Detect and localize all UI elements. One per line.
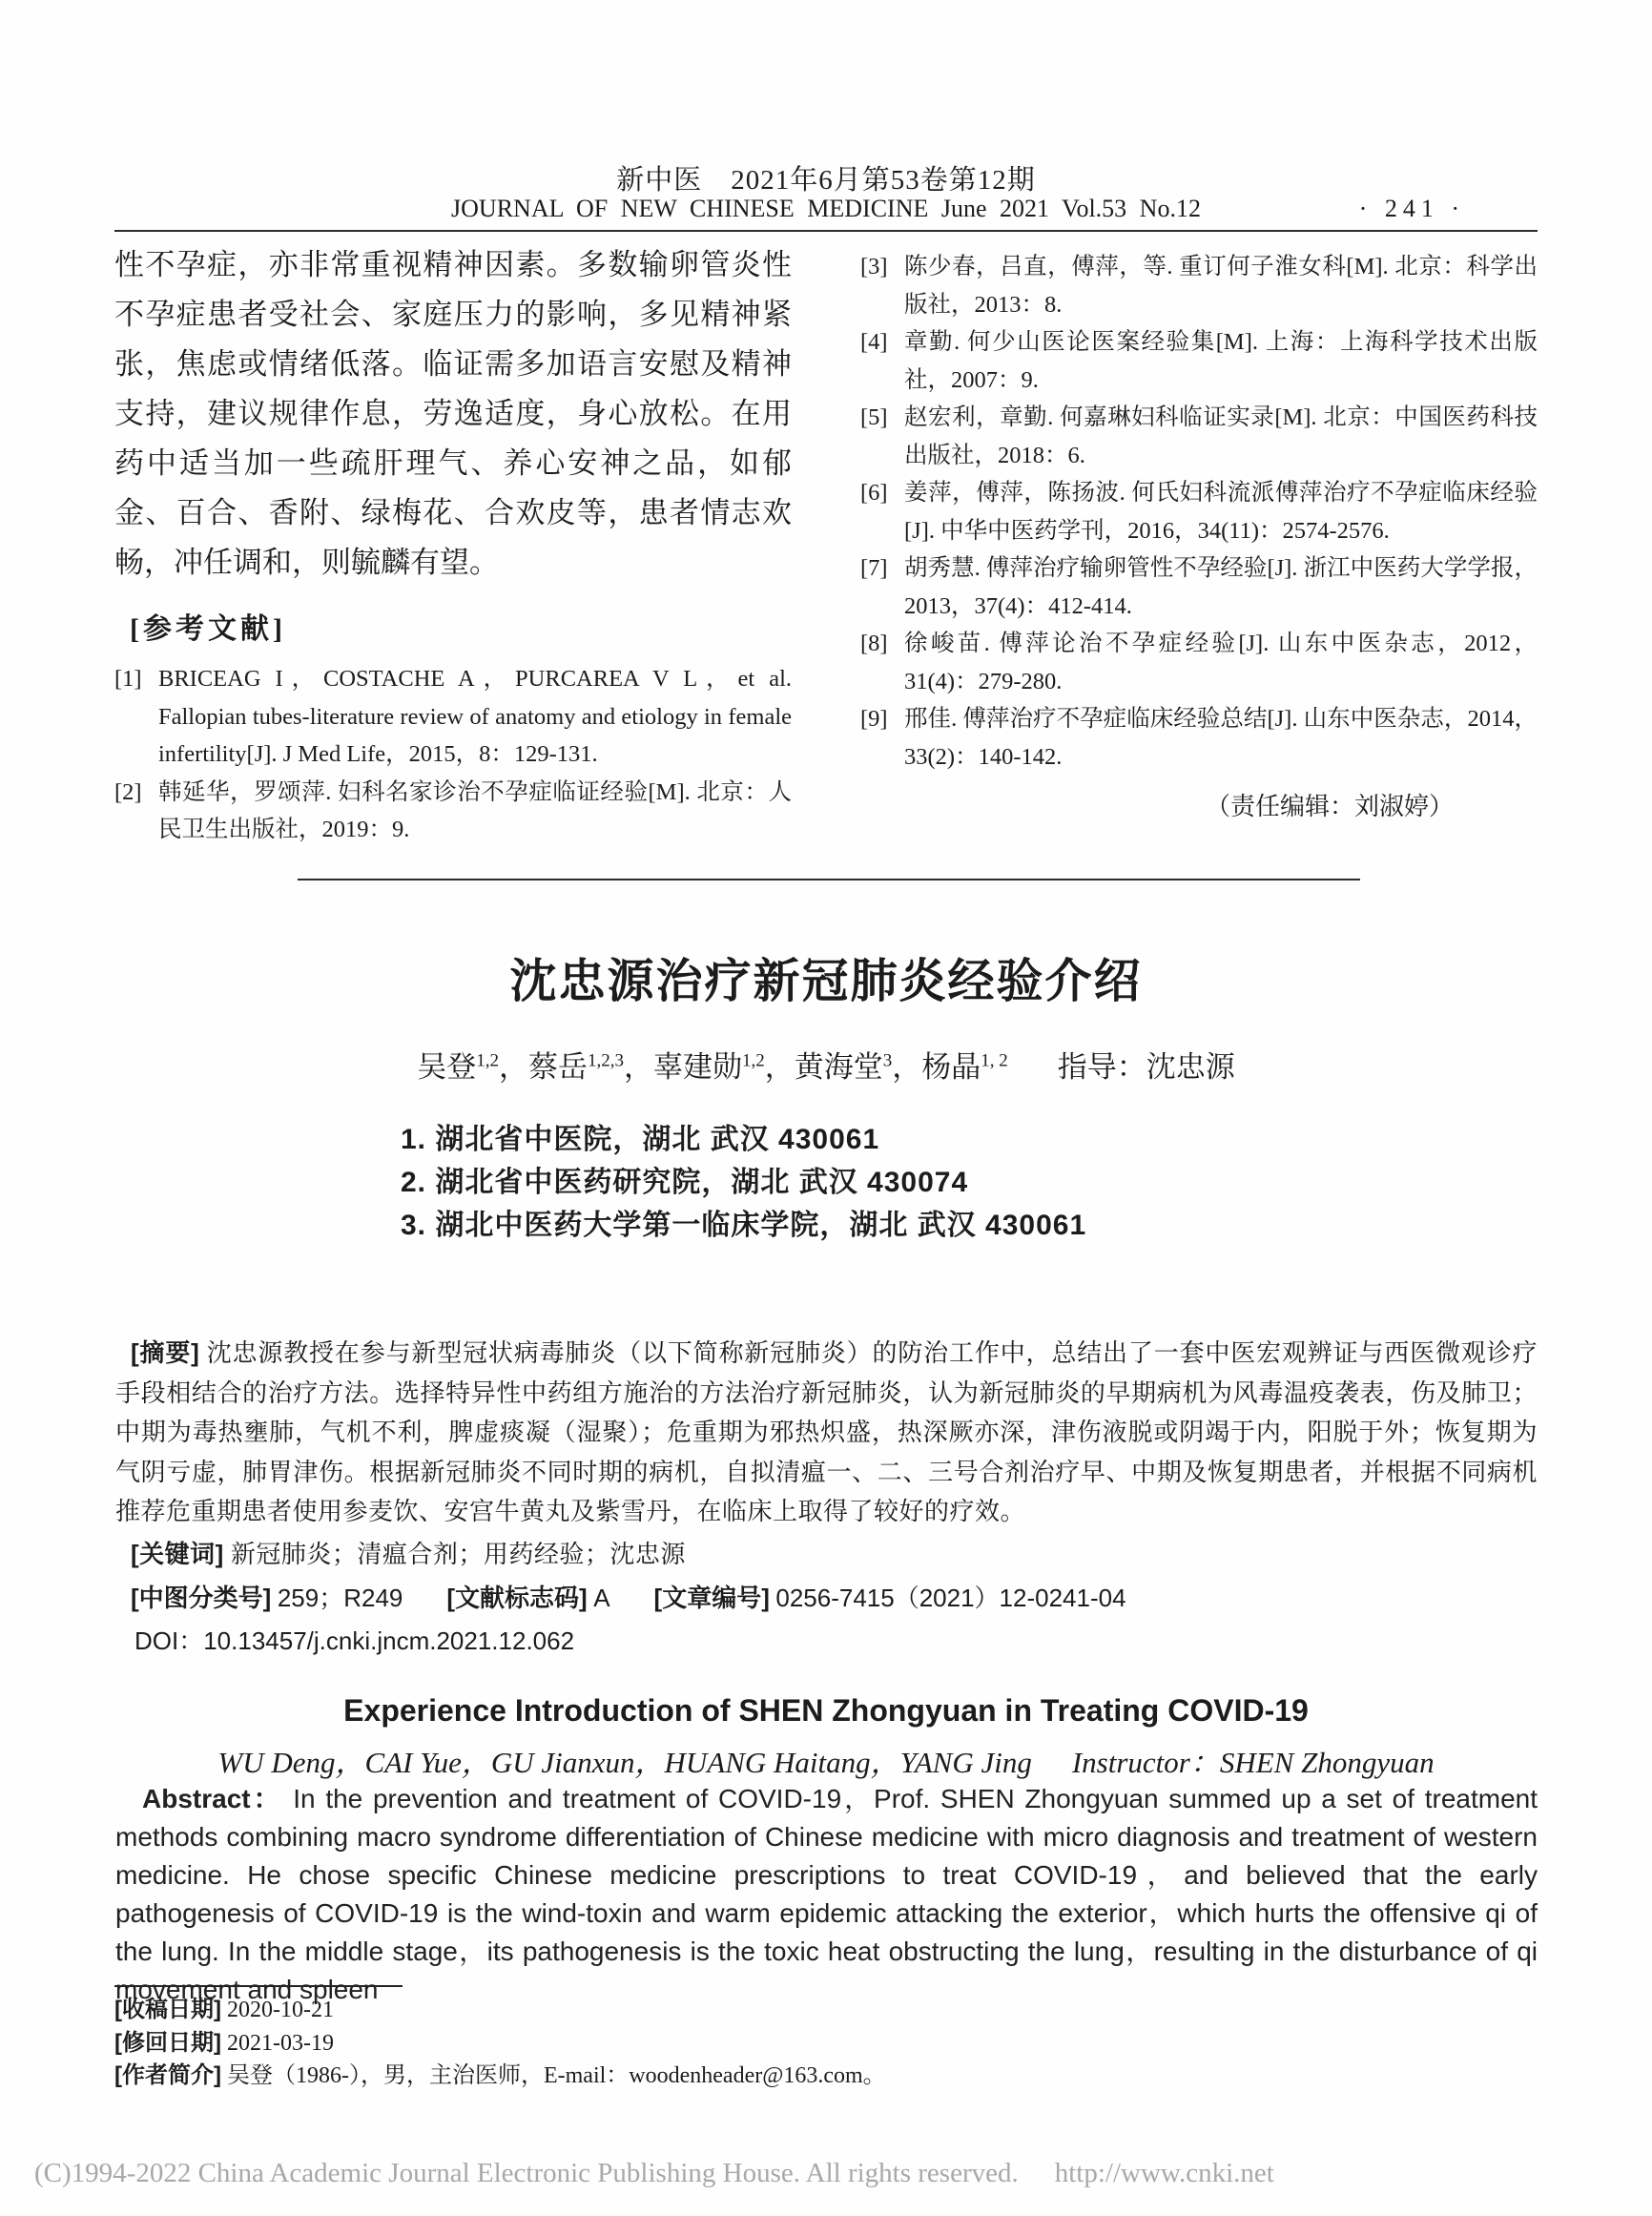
- reference-text: 韩延华，罗颂萍. 妇科名家诊治不孕症临证经验[M]. 北京：人民卫生出版社，20…: [158, 779, 792, 843]
- reference-number: [6]: [860, 474, 888, 512]
- author-separator: ，: [499, 1050, 528, 1084]
- doi-line: DOI：10.13457/j.cnki.jncm.2021.12.062: [115, 1620, 1538, 1662]
- revised-date-line: [修回日期] 2021-03-19: [114, 2027, 886, 2061]
- reference-text: 赵宏利，章勤. 何嘉琳妇科临证实录[M]. 北京：中国医药科技出版社，2018：…: [904, 404, 1538, 468]
- author-name: 辜建勋1,2，: [653, 1050, 795, 1084]
- reference-number: [1]: [114, 660, 142, 698]
- author-name: 黄海堂3，: [795, 1050, 922, 1084]
- article-end-paragraph: 性不孕症，亦非常重视精神因素。多数输卵管炎性不孕症患者受社会、家庭压力的影响，多…: [114, 240, 792, 588]
- received-date-value: 2020-10-21: [227, 1998, 334, 2022]
- footnote-rule: [114, 1985, 403, 1987]
- article-id-label: [文章编号]: [654, 1584, 770, 1612]
- keywords-value: 新冠肺炎；清瘟合剂；用药经验；沈忠源: [231, 1541, 686, 1568]
- article-title: 沈忠源治疗新冠肺炎经验介绍: [0, 944, 1652, 1011]
- reference-number: [9]: [860, 700, 888, 738]
- affiliation-item: 1. 湖北省中医院，湖北 武汉 430061: [401, 1118, 1086, 1161]
- reference-item: [7] 胡秀慧. 傅萍治疗输卵管性不孕经验[J]. 浙江中医药大学学报，2013…: [860, 549, 1538, 625]
- author-name: 吴登1,2，: [417, 1050, 528, 1084]
- author-name: 蔡岳1,2,3，: [528, 1050, 653, 1084]
- affiliation-item: 3. 湖北中医药大学第一临床学院，湖北 武汉 430061: [401, 1204, 1086, 1247]
- author-affiliation-sup: 1, 2: [981, 1051, 1008, 1071]
- reference-item: [9] 邢佳. 傅萍治疗不孕症临床经验总结[J]. 山东中医杂志，2014，33…: [860, 700, 1538, 776]
- reference-item: [4] 章勤. 何少山医论医案经验集[M]. 上海：上海科学技术出版社，2007…: [860, 323, 1538, 399]
- affiliation-item: 2. 湖北省中医药研究院，湖北 武汉 430074: [401, 1161, 1086, 1204]
- reference-item: [1] BRICEAG I，COSTACHE A，PURCAREA V L，et…: [114, 660, 792, 774]
- doc-code-label: [文献标志码]: [446, 1584, 587, 1612]
- references-heading: [参考文献]: [130, 605, 792, 647]
- journal-title-cn: 新中医 2021年6月第53卷第12期: [114, 158, 1538, 197]
- article-divider: [298, 879, 1360, 880]
- author-bio-value: 吴登（1986-），男，主治医师，E-mail：woodenheader@163…: [227, 2063, 886, 2088]
- author-affiliation-sup: 3: [883, 1051, 893, 1071]
- doc-code-value: A: [593, 1584, 609, 1612]
- page-number: · 241 ·: [1359, 195, 1465, 223]
- author-affiliation-sup: 1,2: [742, 1051, 765, 1071]
- reference-item: [3] 陈少春，吕直，傅萍，等. 重订何子淮女科[M]. 北京：科学出版社，20…: [860, 248, 1538, 323]
- clc-value: 259；R249: [278, 1584, 403, 1612]
- author-affiliation-sup: 1,2,3: [588, 1051, 624, 1071]
- reference-text: 胡秀慧. 傅萍治疗输卵管性不孕经验[J]. 浙江中医药大学学报，2013，37(…: [904, 555, 1538, 619]
- affiliation-list: 1. 湖北省中医院，湖北 武汉 430061 2. 湖北省中医药研究院，湖北 武…: [401, 1118, 1086, 1247]
- reference-text: 陈少春，吕直，傅萍，等. 重订何子淮女科[M]. 北京：科学出版社，2013：8…: [904, 254, 1538, 318]
- reference-number: [2]: [114, 774, 142, 812]
- reference-number: [4]: [860, 323, 888, 362]
- reference-item: [2] 韩延华，罗颂萍. 妇科名家诊治不孕症临证经验[M]. 北京：人民卫生出版…: [114, 774, 792, 849]
- copyright-footer: (C)1994-2022 China Academic Journal Elec…: [34, 2158, 1274, 2189]
- reference-item: [5] 赵宏利，章勤. 何嘉琳妇科临证实录[M]. 北京：中国医药科技出版社，2…: [860, 399, 1538, 474]
- english-abstract-text: In the prevention and treatment of COVID…: [115, 1784, 1538, 2004]
- editor-note: （责任编辑：刘淑婷）: [860, 787, 1538, 822]
- instructor-label: 指导：沈忠源: [1058, 1050, 1235, 1084]
- right-column: [3] 陈少春，吕直，傅萍，等. 重订何子淮女科[M]. 北京：科学出版社，20…: [860, 240, 1538, 849]
- reference-number: [3]: [860, 248, 888, 286]
- article-id-value: 0256-7415（2021）12-0241-04: [775, 1584, 1125, 1612]
- author-affiliation-sup: 1,2: [476, 1051, 499, 1071]
- reference-list-right: [3] 陈少春，吕直，傅萍，等. 重订何子淮女科[M]. 北京：科学出版社，20…: [860, 248, 1538, 776]
- reference-text: 章勤. 何少山医论医案经验集[M]. 上海：上海科学技术出版社，2007：9.: [904, 329, 1538, 393]
- author-separator: ，: [892, 1050, 921, 1084]
- clc-label: [中图分类号]: [131, 1584, 271, 1612]
- copyright-text: (C)1994-2022 China Academic Journal Elec…: [34, 2158, 1019, 2188]
- abstract-label: [摘要]: [131, 1338, 199, 1367]
- authors-line: 吴登1,2，蔡岳1,2,3，辜建勋1,2，黄海堂3，杨晶1, 2指导：沈忠源: [0, 1043, 1652, 1086]
- left-column: 性不孕症，亦非常重视精神因素。多数输卵管炎性不孕症患者受社会、家庭压力的影响，多…: [114, 240, 792, 849]
- english-instructor: Instructor：SHEN Zhongyuan: [1072, 1746, 1435, 1779]
- footnote-block: [收稿日期] 2020-10-21 [修回日期] 2021-03-19 [作者简…: [114, 1994, 886, 2093]
- reference-item: [6] 姜萍，傅萍，陈扬波. 何氏妇科流派傅萍治疗不孕症临床经验[J]. 中华中…: [860, 474, 1538, 549]
- author-name: 杨晶1, 2: [921, 1050, 1008, 1084]
- classification-line: [中图分类号] 259；R249[文献标志码] A[文章编号] 0256-741…: [115, 1577, 1538, 1620]
- reference-item: [8] 徐峻苗. 傅萍论治不孕症经验[J]. 山东中医杂志，2012，31(4)…: [860, 625, 1538, 700]
- journal-title-en: JOURNAL OF NEW CHINESE MEDICINE June 202…: [114, 195, 1538, 223]
- article-meta: [摘要] 沈忠源教授在参与新型冠状病毒肺炎（以下简称新冠肺炎）的防治工作中，总结…: [115, 1334, 1538, 1662]
- english-abstract-label: Abstract：: [142, 1784, 283, 1813]
- received-date-line: [收稿日期] 2020-10-21: [114, 1994, 886, 2027]
- english-title: Experience Introduction of SHEN Zhongyua…: [0, 1693, 1652, 1729]
- journal-page: 新中医 2021年6月第53卷第12期 JOURNAL OF NEW CHINE…: [0, 0, 1652, 2216]
- reference-text: 姜萍，傅萍，陈扬波. 何氏妇科流派傅萍治疗不孕症临床经验[J]. 中华中医药学刊…: [904, 480, 1538, 544]
- abstract-text: 沈忠源教授在参与新型冠状病毒肺炎（以下简称新冠肺炎）的防治工作中，总结出了一套中…: [115, 1339, 1538, 1525]
- reference-text: 邢佳. 傅萍治疗不孕症临床经验总结[J]. 山东中医杂志，2014，33(2)：…: [904, 706, 1538, 770]
- english-abstract: Abstract： In the prevention and treatmen…: [115, 1780, 1538, 2009]
- cnki-url: http://www.cnki.net: [1055, 2158, 1274, 2188]
- reference-number: [7]: [860, 549, 888, 588]
- author-separator: ，: [624, 1050, 653, 1084]
- reference-text: 徐峻苗. 傅萍论治不孕症经验[J]. 山东中医杂志，2012，31(4)：279…: [904, 631, 1538, 694]
- english-authors: WU Deng，CAI Yue，GU Jianxun，HUANG Haitang…: [0, 1738, 1652, 1781]
- reference-list-left: [1] BRICEAG I，COSTACHE A，PURCAREA V L，et…: [114, 660, 792, 849]
- received-date-label: [收稿日期]: [114, 1997, 221, 2022]
- reference-number: [8]: [860, 625, 888, 663]
- two-column-section: 性不孕症，亦非常重视精神因素。多数输卵管炎性不孕症患者受社会、家庭压力的影响，多…: [114, 240, 1538, 849]
- reference-text: BRICEAG I，COSTACHE A，PURCAREA V L，et al.…: [158, 666, 792, 767]
- keywords-label: [关键词]: [131, 1540, 224, 1568]
- revised-date-label: [修回日期]: [114, 2030, 221, 2056]
- author-separator: ，: [765, 1050, 795, 1084]
- author-bio-line: [作者简介] 吴登（1986-），男，主治医师，E-mail：woodenhea…: [114, 2060, 886, 2093]
- reference-number: [5]: [860, 399, 888, 437]
- header-rule: [114, 230, 1538, 232]
- keywords-line: [关键词] 新冠肺炎；清瘟合剂；用药经验；沈忠源: [115, 1532, 1538, 1577]
- english-author-names: WU Deng，CAI Yue，GU Jianxun，HUANG Haitang…: [217, 1746, 1031, 1779]
- abstract-paragraph: [摘要] 沈忠源教授在参与新型冠状病毒肺炎（以下简称新冠肺炎）的防治工作中，总结…: [115, 1334, 1538, 1532]
- author-bio-label: [作者简介]: [114, 2062, 221, 2088]
- revised-date-value: 2021-03-19: [227, 2031, 334, 2056]
